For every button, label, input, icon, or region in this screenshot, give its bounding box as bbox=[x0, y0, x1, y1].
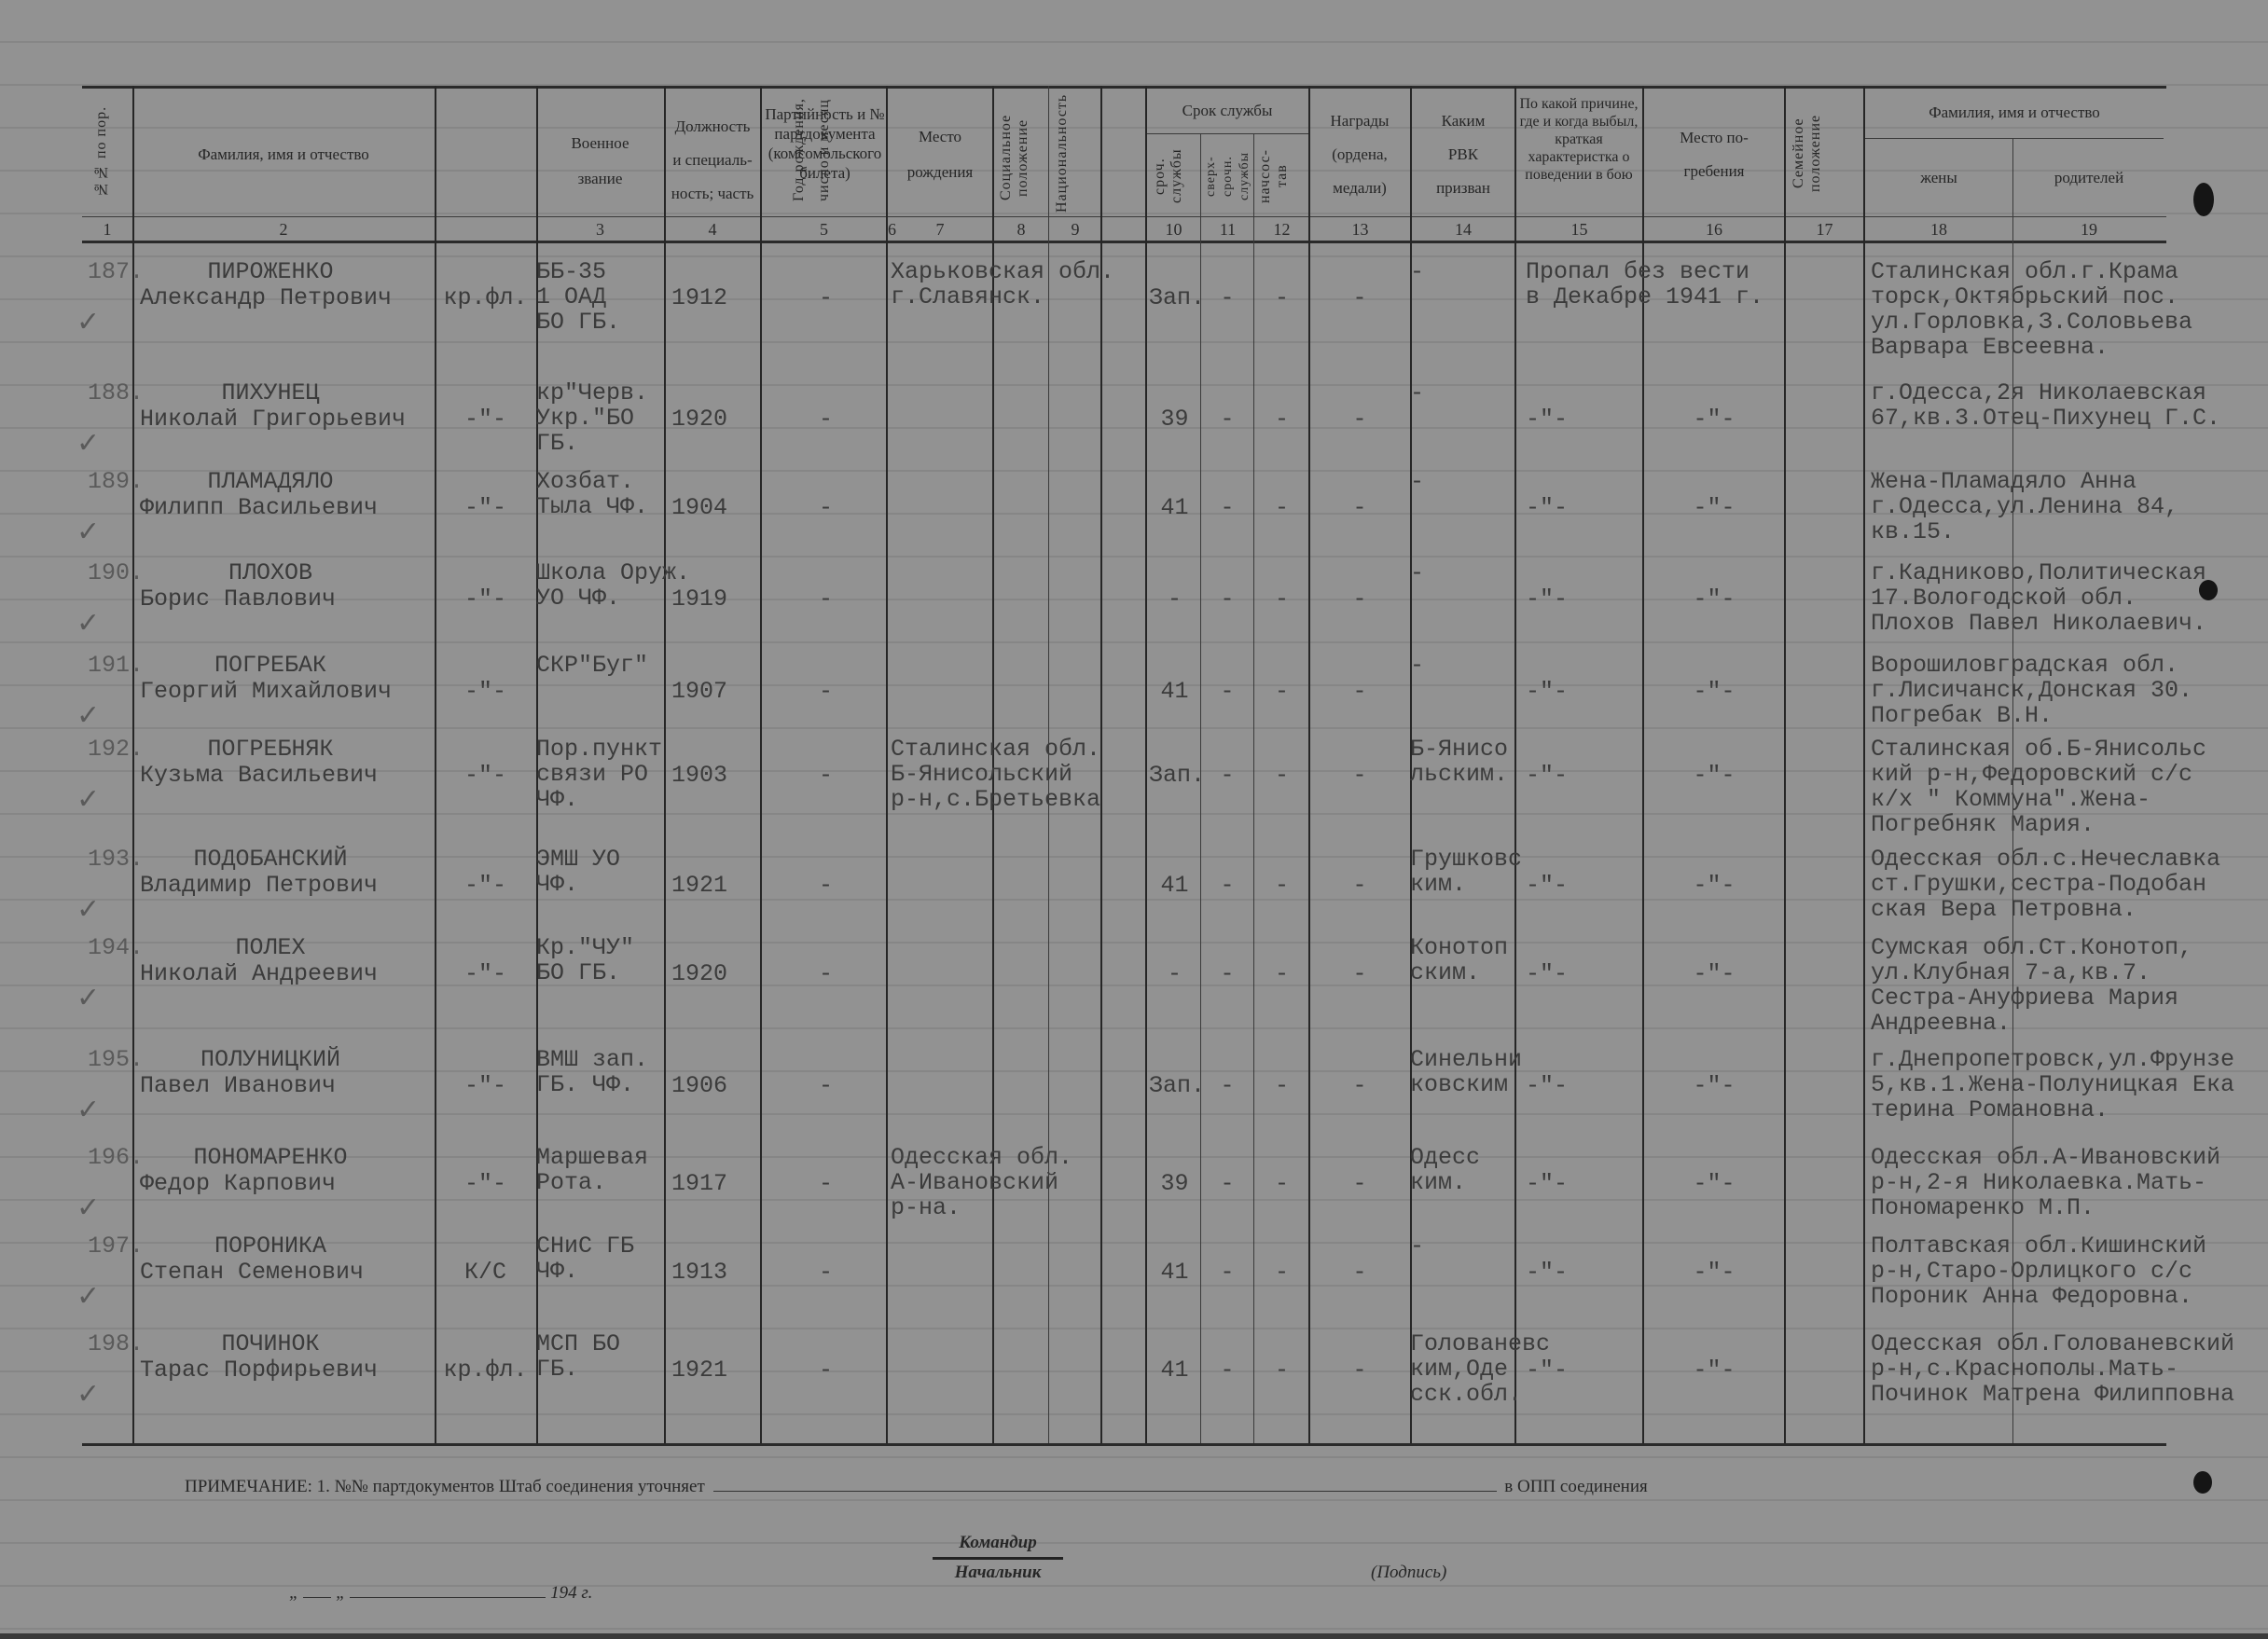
check-mark-icon: ✓ bbox=[76, 699, 100, 732]
signature-label: (Подпись) bbox=[1371, 1563, 1446, 1583]
cell-surname: ПОГРЕБНЯК bbox=[140, 737, 401, 762]
cell-c11: - bbox=[1203, 285, 1252, 310]
header-col-9: Национальность bbox=[1054, 103, 1097, 213]
cell-no: 197. bbox=[88, 1233, 144, 1259]
cell-relatives: Одесская обл.с.Нечеславка ст.Грушки,сест… bbox=[1871, 847, 2220, 922]
cell-rvk: - bbox=[1410, 469, 1424, 494]
cell-rank: -"- bbox=[435, 679, 536, 704]
title-divider bbox=[933, 1557, 1063, 1560]
cell-awards: - bbox=[1310, 763, 1409, 788]
cell-rank: кр.фл. bbox=[435, 285, 536, 310]
cell-c11: - bbox=[1203, 873, 1252, 898]
cell-party: - bbox=[819, 1357, 833, 1383]
header-col-18: жены bbox=[1865, 168, 2012, 187]
cell-rank: -"- bbox=[435, 961, 536, 986]
col-num: 16 bbox=[1644, 220, 1784, 240]
cell-reason: Пропал без вести в Декабре 1941 г. bbox=[1526, 259, 1763, 310]
col-num: 19 bbox=[2014, 220, 2164, 240]
cell-c12: - bbox=[1256, 406, 1307, 432]
document-page: №№ по пор. Фамилия, имя и отчество Военн… bbox=[0, 0, 2268, 1639]
cell-relatives: г.Одесса,2я Николаевская 67,кв.3.Отец-Пи… bbox=[1871, 380, 2220, 431]
col-number-rule bbox=[82, 216, 2166, 217]
cell-burial: -"- bbox=[1644, 1073, 1784, 1098]
cell-burial: -"- bbox=[1644, 961, 1784, 986]
cell-c12: - bbox=[1256, 1171, 1307, 1196]
cell-burial: -"- bbox=[1644, 873, 1784, 898]
cell-born: 1907 bbox=[671, 679, 727, 704]
cell-party: - bbox=[819, 285, 833, 310]
cell-surname: ПОНОМАРЕНКО bbox=[140, 1145, 401, 1170]
col-line bbox=[1253, 133, 1254, 1443]
cell-no: 196. bbox=[88, 1145, 144, 1170]
cell-reason: -"- bbox=[1526, 1260, 1568, 1285]
cell-rank: -"- bbox=[435, 495, 536, 520]
cell-born: 1917 bbox=[671, 1171, 727, 1196]
cell-c10: - bbox=[1149, 586, 1200, 612]
check-mark-icon: ✓ bbox=[76, 1094, 100, 1126]
cell-c10: 39 bbox=[1149, 406, 1200, 432]
cell-surname: ПИРОЖЕНКО bbox=[140, 259, 401, 284]
cell-born: 1920 bbox=[671, 961, 727, 986]
col-num: 1 bbox=[82, 220, 132, 240]
col-line bbox=[1514, 86, 1516, 1443]
cell-rvk: - bbox=[1410, 1233, 1424, 1259]
cell-awards: - bbox=[1310, 873, 1409, 898]
col-line bbox=[1145, 86, 1147, 1443]
cell-position: ВМШ зап. ГБ. ЧФ. bbox=[536, 1047, 648, 1097]
cell-birthplace: Харьковская обл. г.Славянск. bbox=[891, 259, 1114, 310]
cell-c10: 41 bbox=[1149, 1357, 1200, 1383]
col-num: 10 bbox=[1147, 220, 1200, 240]
check-mark-icon: ✓ bbox=[76, 306, 100, 338]
cell-awards: - bbox=[1310, 1171, 1409, 1196]
col-num: 11 bbox=[1202, 220, 1253, 240]
cell-burial: -"- bbox=[1644, 1171, 1784, 1196]
cell-rank: кр.фл. bbox=[435, 1357, 536, 1383]
cell-rank: -"- bbox=[435, 406, 536, 432]
cell-position: Маршевая Рота. bbox=[536, 1145, 648, 1195]
cell-relatives: Одесская обл.А-Ивановский р-н,2-я Никола… bbox=[1871, 1145, 2220, 1220]
header-service-group: Срок службы bbox=[1147, 101, 1307, 120]
cell-reason: -"- bbox=[1526, 495, 1568, 520]
col-num: 2 bbox=[134, 220, 433, 240]
header-col-13: Награды (ордена, медали) bbox=[1310, 104, 1409, 205]
header-col-17: Семейное положение bbox=[1791, 93, 1858, 213]
cell-c12: - bbox=[1256, 285, 1307, 310]
cell-relatives: Сталинская обл.г.Крама торск,Октябрьский… bbox=[1871, 259, 2192, 360]
check-mark-icon: ✓ bbox=[76, 982, 100, 1014]
title-chief: Начальник bbox=[937, 1563, 1058, 1583]
cell-position: Кр."ЧУ" БО ГБ. bbox=[536, 935, 634, 985]
cell-birthplace: Сталинская обл. Б-Янисольский р-н,с.Брет… bbox=[891, 737, 1100, 812]
cell-no: 190. bbox=[88, 560, 144, 585]
cell-c10: Зап. bbox=[1149, 763, 1200, 788]
cell-birthplace: Одесская обл. А-Ивановский р-на. bbox=[891, 1145, 1072, 1220]
cell-reason: -"- bbox=[1526, 406, 1568, 432]
cell-c10: Зап. bbox=[1149, 285, 1200, 310]
col-num: 12 bbox=[1255, 220, 1308, 240]
cell-name: Степан Семенович bbox=[140, 1260, 364, 1285]
cell-c11: - bbox=[1203, 961, 1252, 986]
punch-hole bbox=[2193, 1471, 2212, 1494]
check-mark-icon: ✓ bbox=[76, 516, 100, 548]
cell-c10: 41 bbox=[1149, 679, 1200, 704]
cell-burial: -"- bbox=[1644, 495, 1784, 520]
cell-c11: - bbox=[1203, 1357, 1252, 1383]
cell-c12: - bbox=[1256, 873, 1307, 898]
cell-party: - bbox=[819, 495, 833, 520]
cell-party: - bbox=[819, 679, 833, 704]
col-num: 14 bbox=[1412, 220, 1514, 240]
cell-name: Николай Андреевич bbox=[140, 961, 378, 986]
note-fill-line bbox=[713, 1491, 1497, 1492]
cell-c11: - bbox=[1203, 1260, 1252, 1285]
header-col-8: Социальное положение bbox=[998, 103, 1043, 213]
cell-no: 191. bbox=[88, 653, 144, 678]
header-col-3: Военное звание bbox=[538, 126, 662, 197]
cell-rank: -"- bbox=[435, 1171, 536, 1196]
cell-rvk: Одесс ким. bbox=[1410, 1145, 1480, 1195]
cell-position: СКР"Буг" bbox=[536, 653, 648, 678]
check-mark-icon: ✓ bbox=[76, 783, 100, 816]
cell-c11: - bbox=[1203, 763, 1252, 788]
bottom-edge bbox=[0, 1633, 2268, 1639]
cell-c12: - bbox=[1256, 1260, 1307, 1285]
cell-c10: 39 bbox=[1149, 1171, 1200, 1196]
cell-rank: -"- bbox=[435, 763, 536, 788]
cell-no: 194. bbox=[88, 935, 144, 960]
cell-surname: ПОЛЕХ bbox=[140, 935, 401, 960]
cell-surname: ПОРОНИКА bbox=[140, 1233, 401, 1259]
col-num: 9 bbox=[1050, 220, 1100, 240]
cell-awards: - bbox=[1310, 961, 1409, 986]
header-col-6: Партийность и № партдокумента (комсомоль… bbox=[762, 104, 888, 183]
relatives-group-rule bbox=[1865, 138, 2164, 139]
header-bottom-rule bbox=[82, 241, 2166, 243]
cell-c10: - bbox=[1149, 961, 1200, 986]
col-num: 5 bbox=[762, 220, 886, 240]
cell-awards: - bbox=[1310, 285, 1409, 310]
cell-c11: - bbox=[1203, 1073, 1252, 1098]
header-relatives-group: Фамилия, имя и отчество bbox=[1865, 103, 2164, 122]
cell-surname: ПОГРЕБАК bbox=[140, 653, 401, 678]
col-line bbox=[1784, 86, 1786, 1443]
cell-reason: -"- bbox=[1526, 763, 1568, 788]
cell-c12: - bbox=[1256, 495, 1307, 520]
cell-relatives: Жена-Пламадяло Анна г.Одесса,ул.Ленина 8… bbox=[1871, 469, 2178, 544]
cell-awards: - bbox=[1310, 679, 1409, 704]
cell-c10: 41 bbox=[1149, 873, 1200, 898]
cell-burial: -"- bbox=[1644, 586, 1784, 612]
cell-position: Хозбат. Тыла ЧФ. bbox=[536, 469, 648, 519]
header-col-16: Место по- гребения bbox=[1644, 121, 1784, 188]
col-line bbox=[1863, 86, 1865, 1443]
cell-name: Владимир Петрович bbox=[140, 873, 378, 898]
cell-born: 1904 bbox=[671, 495, 727, 520]
check-mark-icon: ✓ bbox=[76, 427, 100, 460]
cell-c11: - bbox=[1203, 406, 1252, 432]
cell-c11: - bbox=[1203, 586, 1252, 612]
cell-relatives: Сумская обл.Ст.Конотоп, ул.Клубная 7-а,к… bbox=[1871, 935, 2192, 1036]
cell-relatives: Полтавская обл.Кишинский р-н,Старо-Орлиц… bbox=[1871, 1233, 2206, 1309]
cell-rvk: - bbox=[1410, 380, 1424, 406]
cell-c11: - bbox=[1203, 1171, 1252, 1196]
punch-hole bbox=[2193, 183, 2214, 216]
cell-born: 1921 bbox=[671, 1357, 727, 1383]
cell-no: 192. bbox=[88, 737, 144, 762]
col-line bbox=[664, 86, 666, 1443]
cell-position: ББ-35 1 ОАД БО ГБ. bbox=[536, 259, 620, 335]
check-mark-icon: ✓ bbox=[76, 893, 100, 926]
cell-position: Школа Оруж. УО ЧФ. bbox=[536, 560, 690, 611]
cell-awards: - bbox=[1310, 1073, 1409, 1098]
cell-relatives: г.Днепропетровск,ул.Фрунзе 5,кв.1.Жена-П… bbox=[1871, 1047, 2234, 1123]
cell-c12: - bbox=[1256, 961, 1307, 986]
cell-c10: Зап. bbox=[1149, 1073, 1200, 1098]
footer-note: ПРИМЕЧАНИЕ: 1. №№ партдокументов Штаб со… bbox=[185, 1477, 1863, 1497]
cell-awards: - bbox=[1310, 1260, 1409, 1285]
cell-rank: К/С bbox=[435, 1260, 536, 1285]
cell-party: - bbox=[819, 961, 833, 986]
cell-reason: -"- bbox=[1526, 679, 1568, 704]
cell-born: 1913 bbox=[671, 1260, 727, 1285]
check-mark-icon: ✓ bbox=[76, 1280, 100, 1313]
cell-position: ЭМШ УО ЧФ. bbox=[536, 847, 620, 897]
cell-no: 188. bbox=[88, 380, 144, 406]
cell-rvk: - bbox=[1410, 653, 1424, 678]
cell-rvk: Грушковс ким. bbox=[1410, 847, 1522, 897]
cell-reason: -"- bbox=[1526, 1171, 1568, 1196]
col-num: 18 bbox=[1865, 220, 2012, 240]
cell-position: Пор.пункт связи РО ЧФ. bbox=[536, 737, 662, 812]
cell-rank: -"- bbox=[435, 1073, 536, 1098]
cell-c11: - bbox=[1203, 679, 1252, 704]
cell-burial: -"- bbox=[1644, 763, 1784, 788]
cell-name: Георгий Михайлович bbox=[140, 679, 392, 704]
cell-rvk: Конотоп ским. bbox=[1410, 935, 1508, 985]
cell-surname: ПОЛУНИЦКИЙ bbox=[140, 1047, 401, 1072]
header-col-10: сроч. службы bbox=[1152, 138, 1196, 214]
cell-c12: - bbox=[1256, 586, 1307, 612]
cell-born: 1906 bbox=[671, 1073, 727, 1098]
cell-c10: 41 bbox=[1149, 1260, 1200, 1285]
cell-burial: -"- bbox=[1644, 679, 1784, 704]
cell-awards: - bbox=[1310, 1357, 1409, 1383]
check-mark-icon: ✓ bbox=[76, 1378, 100, 1411]
col-num: 7 bbox=[888, 220, 992, 240]
cell-party: - bbox=[819, 1073, 833, 1098]
cell-surname: ПОЧИНОК bbox=[140, 1331, 401, 1357]
cell-name: Николай Григорьевич bbox=[140, 406, 406, 432]
col-num: 13 bbox=[1310, 220, 1410, 240]
cell-relatives: Ворошиловградская обл. г.Лисичанск,Донск… bbox=[1871, 653, 2192, 728]
cell-burial: -"- bbox=[1644, 1357, 1784, 1383]
title-commander: Командир bbox=[937, 1533, 1058, 1553]
col-num: 15 bbox=[1516, 220, 1642, 240]
cell-burial: -"- bbox=[1644, 406, 1784, 432]
cell-c12: - bbox=[1256, 1357, 1307, 1383]
cell-party: - bbox=[819, 406, 833, 432]
header-col-2: Фамилия, имя и отчество bbox=[134, 145, 433, 164]
col-line bbox=[886, 86, 888, 1443]
cell-awards: - bbox=[1310, 495, 1409, 520]
table-bottom-rule bbox=[82, 1443, 2166, 1446]
header-col-1: №№ по пор. bbox=[93, 93, 127, 210]
col-num: 3 bbox=[538, 220, 662, 240]
cell-name: Александр Петрович bbox=[140, 285, 392, 310]
service-group-rule bbox=[1145, 133, 1308, 134]
cell-reason: -"- bbox=[1526, 1073, 1568, 1098]
cell-rank: -"- bbox=[435, 873, 536, 898]
cell-no: 187. bbox=[88, 259, 144, 284]
check-mark-icon: ✓ bbox=[76, 1191, 100, 1224]
cell-reason: -"- bbox=[1526, 961, 1568, 986]
header-col-19: родителей bbox=[2014, 168, 2164, 187]
header-col-4: Должность и специаль- ность; часть bbox=[666, 110, 759, 211]
cell-born: 1919 bbox=[671, 586, 727, 612]
cell-awards: - bbox=[1310, 406, 1409, 432]
cell-party: - bbox=[819, 1260, 833, 1285]
cell-no: 195. bbox=[88, 1047, 144, 1072]
cell-name: Тарас Порфирьевич bbox=[140, 1357, 378, 1383]
date-line: „ „ 194 г. bbox=[289, 1583, 592, 1604]
col-num: 4 bbox=[666, 220, 759, 240]
cell-burial: -"- bbox=[1644, 1260, 1784, 1285]
cell-name: Филипп Васильевич bbox=[140, 495, 378, 520]
cell-party: - bbox=[819, 586, 833, 612]
cell-born: 1921 bbox=[671, 873, 727, 898]
cell-position: кр"Черв. Укр."БО ГБ. bbox=[536, 380, 648, 456]
cell-rvk: - bbox=[1410, 259, 1424, 284]
cell-reason: -"- bbox=[1526, 586, 1568, 612]
cell-rvk: Б-Янисо льским. bbox=[1410, 737, 1508, 787]
col-num: 17 bbox=[1786, 220, 1863, 240]
cell-party: - bbox=[819, 1171, 833, 1196]
table-top-rule bbox=[82, 86, 2166, 89]
cell-rvk: Синельни ковским bbox=[1410, 1047, 1522, 1097]
cell-party: - bbox=[819, 873, 833, 898]
cell-name: Федор Карпович bbox=[140, 1171, 336, 1196]
col-line bbox=[760, 86, 762, 1443]
check-mark-icon: ✓ bbox=[76, 607, 100, 640]
cell-reason: -"- bbox=[1526, 1357, 1568, 1383]
cell-surname: ПИХУНЕЦ bbox=[140, 380, 401, 406]
cell-no: 189. bbox=[88, 469, 144, 494]
cell-c12: - bbox=[1256, 1073, 1307, 1098]
cell-surname: ПЛАМАДЯЛО bbox=[140, 469, 401, 494]
cell-rvk: - bbox=[1410, 560, 1424, 585]
cell-awards: - bbox=[1310, 586, 1409, 612]
header-col-7: Место рождения bbox=[888, 119, 992, 190]
cell-c10: 41 bbox=[1149, 495, 1200, 520]
cell-surname: ПОДОБАНСКИЙ bbox=[140, 847, 401, 872]
header-col-12: начсос-тав bbox=[1257, 138, 1306, 214]
cell-no: 193. bbox=[88, 847, 144, 872]
cell-relatives: Одесская обл.Голованевский р-н,с.Красноп… bbox=[1871, 1331, 2234, 1407]
cell-position: МСП БО ГБ. bbox=[536, 1331, 620, 1382]
header-col-15: По какой причине, где и когда выбыл, кра… bbox=[1516, 95, 1641, 184]
cell-party: - bbox=[819, 763, 833, 788]
cell-relatives: г.Кадниково,Политическая 17.Вологодской … bbox=[1871, 560, 2206, 636]
cell-born: 1903 bbox=[671, 763, 727, 788]
cell-c12: - bbox=[1256, 763, 1307, 788]
punch-hole bbox=[2199, 580, 2218, 600]
col-num: 8 bbox=[994, 220, 1048, 240]
cell-no: 198. bbox=[88, 1331, 144, 1357]
cell-rank: -"- bbox=[435, 586, 536, 612]
cell-c12: - bbox=[1256, 679, 1307, 704]
header-col-14: Каким РВК призван bbox=[1412, 104, 1514, 205]
cell-name: Борис Павлович bbox=[140, 586, 336, 612]
header-col-11: сверх-срочн. службы bbox=[1203, 138, 1252, 214]
cell-born: 1920 bbox=[671, 406, 727, 432]
cell-name: Кузьма Васильевич bbox=[140, 763, 378, 788]
cell-position: СНиС ГБ ЧФ. bbox=[536, 1233, 634, 1284]
cell-name: Павел Иванович bbox=[140, 1073, 336, 1098]
cell-surname: ПЛОХОВ bbox=[140, 560, 401, 585]
cell-reason: -"- bbox=[1526, 873, 1568, 898]
cell-relatives: Сталинская об.Б-Янисольс кий р-н,Федоров… bbox=[1871, 737, 2206, 837]
cell-c11: - bbox=[1203, 495, 1252, 520]
cell-born: 1912 bbox=[671, 285, 727, 310]
